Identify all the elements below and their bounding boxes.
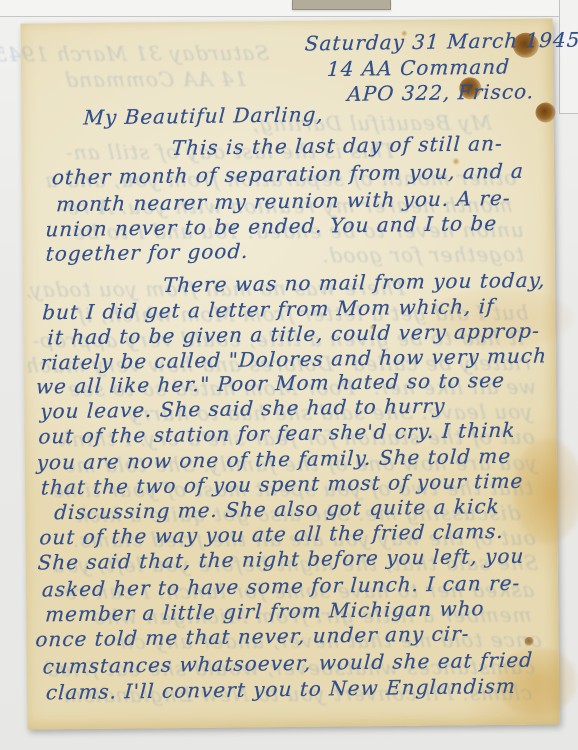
handwritten-line: you are now one of the family. She told … bbox=[36, 446, 512, 473]
salutation: My Beautiful Darling, bbox=[83, 104, 324, 127]
letter-page: Saturday 31 March 194514 AA CommandMy Be… bbox=[21, 18, 560, 729]
bleed-line: 14 AA Command bbox=[63, 69, 247, 90]
handwritten-line: we all like her." Poor Mom hated so to s… bbox=[35, 370, 505, 397]
unit-line: 14 AA Command bbox=[326, 56, 510, 79]
handwritten-line: member a little girl from Michigan who bbox=[45, 598, 485, 624]
handwritten-line: other month of separation from you, and … bbox=[51, 161, 524, 188]
handwritten-line: union never to be ended. You and I to be bbox=[45, 213, 498, 239]
handwritten-line: clams. I'll convert you to New Englandis… bbox=[45, 676, 516, 703]
bleed-line: Saturday 31 March 1945 bbox=[0, 43, 270, 64]
stain-spot bbox=[525, 637, 534, 646]
handwritten-line: month nearer my reunion with you. A re- bbox=[56, 188, 511, 214]
stain-spot bbox=[535, 102, 555, 122]
handwritten-line: This is the last day of still an- bbox=[171, 133, 503, 158]
handwritten-line: out of the way you ate all the fried cla… bbox=[39, 521, 505, 547]
handwritten-line: that the two of you spent most of your t… bbox=[40, 471, 524, 498]
handwritten-line: discussing me. She also got quite a kick bbox=[54, 496, 501, 522]
scanned-letter-photo: Saturday 31 March 194514 AA CommandMy Be… bbox=[0, 0, 578, 750]
handwritten-line: together for good. bbox=[45, 241, 249, 264]
dateline: Saturday 31 March 1945 bbox=[304, 30, 578, 54]
handwritten-line: you leave. She said she had to hurry bbox=[40, 396, 446, 422]
handwritten-line: it had to be given a title, could very a… bbox=[47, 321, 540, 348]
backing-mat-top bbox=[0, 0, 578, 17]
backing-tab bbox=[292, 0, 391, 10]
bleed-line: together for good. bbox=[320, 244, 524, 265]
handwritten-line: cumstances whatsoever, would she eat fri… bbox=[42, 650, 533, 677]
handwritten-line: once told me that never, under any cir- bbox=[35, 623, 470, 649]
handwritten-line: She said that, the night before you left… bbox=[37, 546, 525, 573]
handwritten-line: but I did get a letter from Mom which, i… bbox=[42, 296, 495, 322]
backing-mat-right bbox=[559, 0, 578, 114]
handwritten-line: out of the station for fear she'd cry. I… bbox=[38, 420, 516, 447]
letter-body: This is the last day of still an-other m… bbox=[21, 18, 553, 23]
handwritten-line: asked her to have some for lunch. I can … bbox=[41, 573, 520, 600]
apo-line: APO 322, Frisco. bbox=[347, 81, 535, 104]
handwritten-line: There was no mail from you today, bbox=[163, 270, 547, 295]
